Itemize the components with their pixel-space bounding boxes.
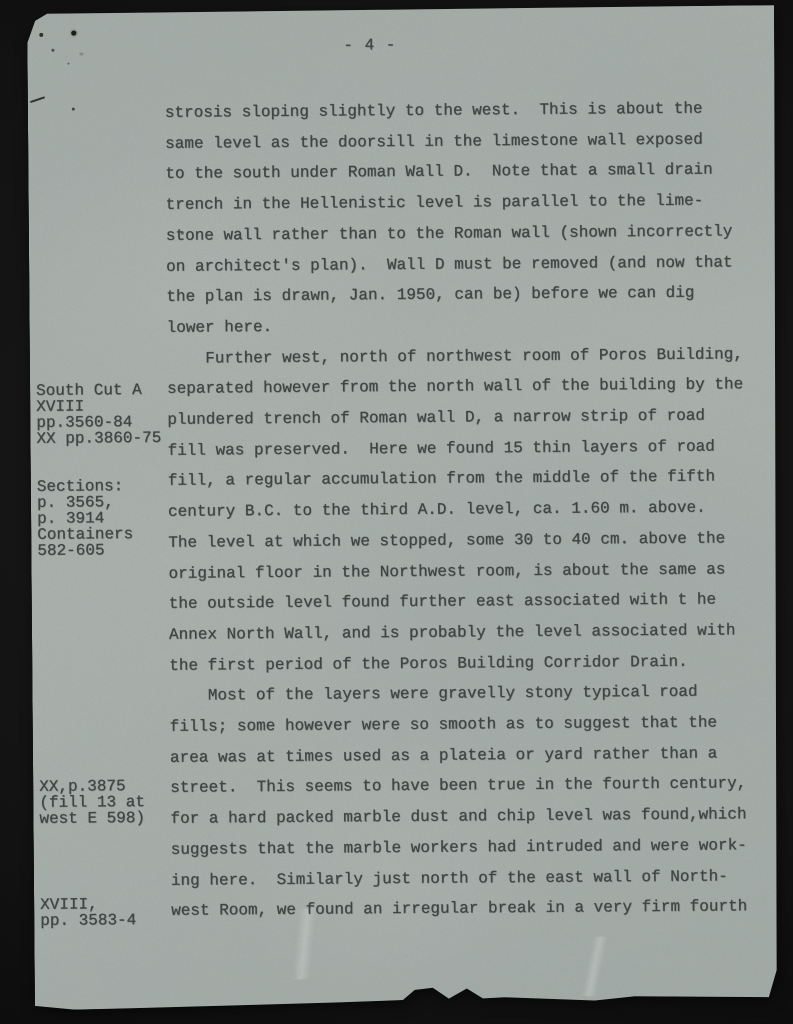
ink-speck bbox=[72, 108, 75, 111]
margin-note-fill-reference: XX,p.3875 (fill 13 at west E 598) bbox=[39, 778, 145, 827]
staple-hole-mark bbox=[39, 33, 43, 37]
margin-note-sections-containers: Sections: p. 3565, p. 3914 Containers 58… bbox=[37, 478, 134, 559]
pen-tick-mark bbox=[28, 89, 45, 103]
margin-note-south-cut-references: South Cut A XVIII pp.3560-84 XX pp.3860-… bbox=[36, 382, 161, 447]
staple-hole-mark bbox=[71, 31, 76, 36]
scanned-document-photo: - 4 - strosis sloping slightly to the we… bbox=[0, 0, 793, 1024]
ink-speck bbox=[51, 49, 54, 52]
body-text: strosis sloping slightly to the west. Th… bbox=[165, 93, 748, 926]
paper-crease bbox=[414, 932, 775, 1002]
margin-note-notebook-pages: XVIII, pp. 3583-4 bbox=[40, 896, 136, 929]
document-page: - 4 - strosis sloping slightly to the we… bbox=[27, 5, 782, 1010]
paper-flaw-mark bbox=[79, 53, 83, 56]
ink-speck bbox=[67, 63, 69, 65]
paper-shadow-wrap: - 4 - strosis sloping slightly to the we… bbox=[0, 0, 793, 1024]
page-number: - 4 - bbox=[343, 36, 396, 54]
